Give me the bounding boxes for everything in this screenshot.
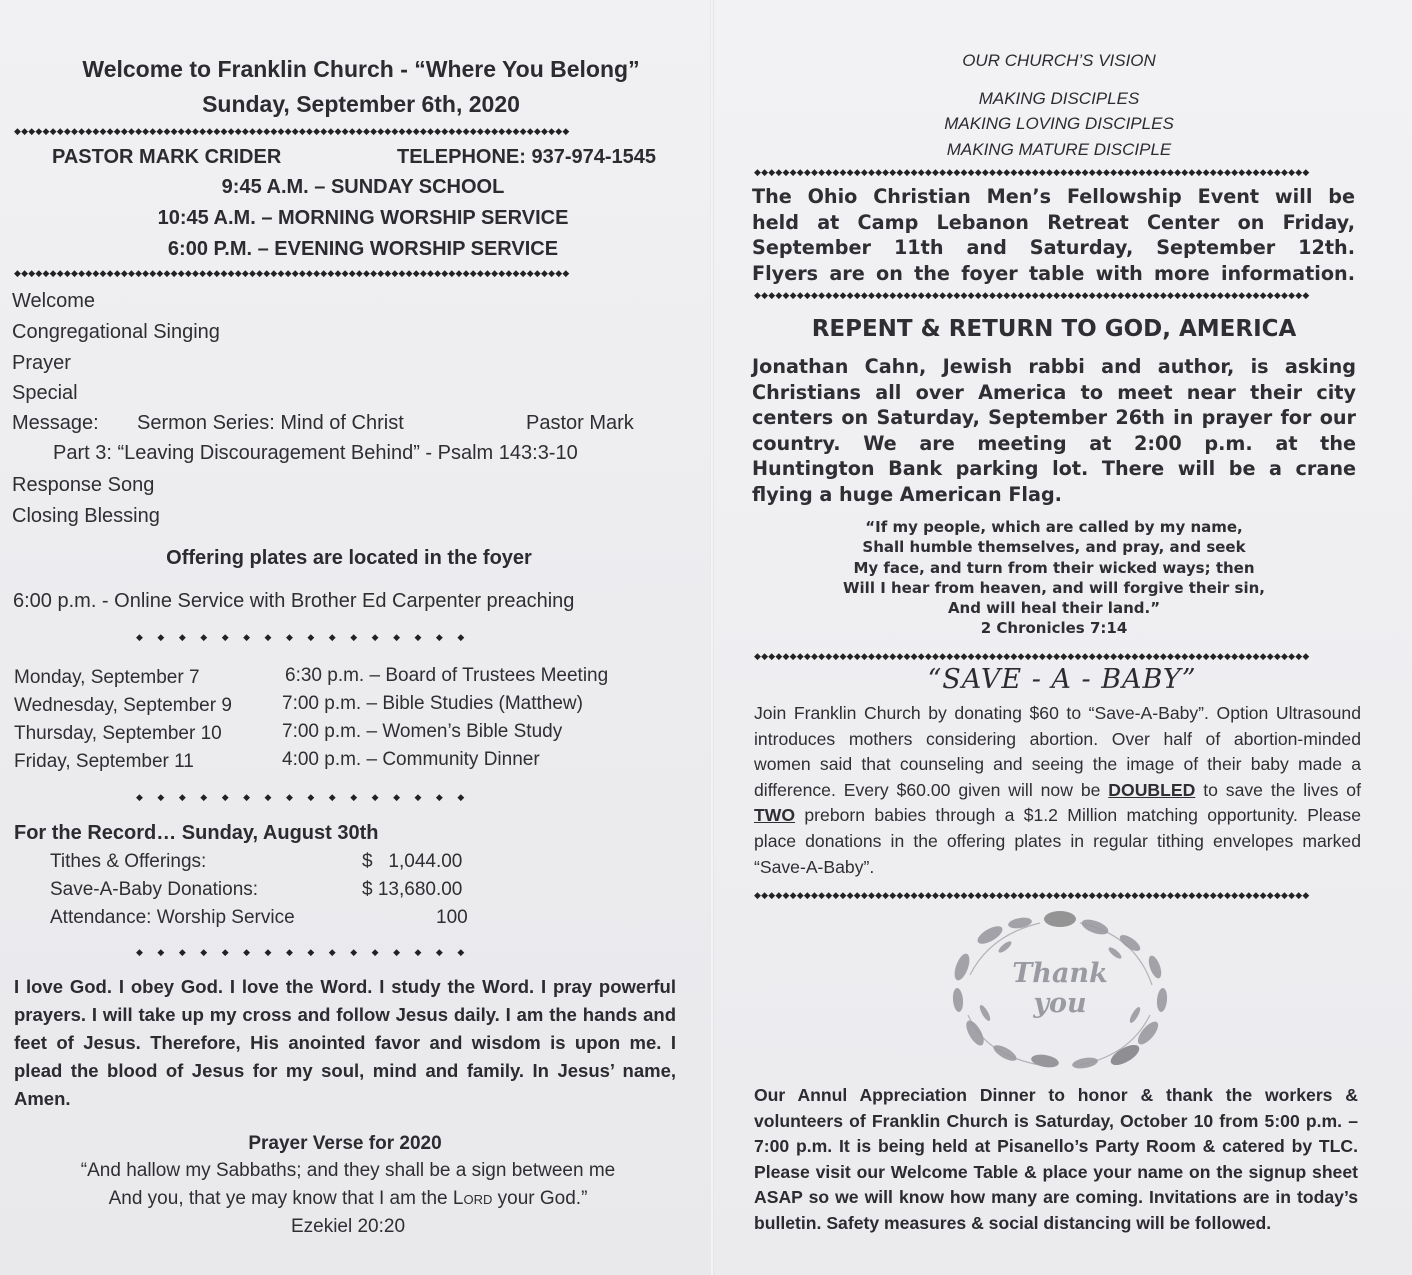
scripture-reference: 2 Chronicles 7:14 xyxy=(752,618,1356,638)
prayer-verse-reference: Ezekiel 20:20 xyxy=(0,1216,696,1238)
scripture-quote: “If my people, which are called by my na… xyxy=(752,517,1356,639)
vision-line: MAKING LOVING DISCIPLES xyxy=(712,114,1406,134)
thank-you-text: Thank you xyxy=(930,959,1190,1019)
vision-line: MAKING DISCIPLES xyxy=(712,89,1406,109)
prayer-verse-line: “And hallow my Sabbaths; and they shall … xyxy=(0,1160,696,1182)
declaration-of-faith: I love God. I obey God. I love the Word.… xyxy=(14,973,676,1113)
divider: ◆◆◆◆◆◆◆◆◆◆◆◆◆◆◆◆◆◆◆◆◆◆◆◆◆◆◆◆◆◆◆◆◆◆◆◆◆◆◆◆… xyxy=(14,126,676,136)
order-welcome: Welcome xyxy=(12,290,95,313)
schedule-event: 7:00 p.m. – Bible Studies (Matthew) xyxy=(282,693,583,715)
repent-announcement: Jonathan Cahn, Jewish rabbi and author, … xyxy=(752,354,1356,507)
record-label: Tithes & Offerings: xyxy=(50,851,206,873)
order-response: Response Song xyxy=(12,474,154,497)
order-singing: Congregational Singing xyxy=(12,321,220,344)
order-special: Special xyxy=(12,382,78,405)
scripture-line: And will heal their land.” xyxy=(752,598,1356,618)
record-label: Save-A-Baby Donations: xyxy=(50,879,258,901)
divider: ◆ ◆ ◆ ◆ ◆ ◆ ◆ ◆ ◆ ◆ ◆ ◆ ◆ ◆ ◆ ◆ xyxy=(136,630,596,644)
schedule-day: Wednesday, September 9 xyxy=(14,695,232,717)
divider: ◆◆◆◆◆◆◆◆◆◆◆◆◆◆◆◆◆◆◆◆◆◆◆◆◆◆◆◆◆◆◆◆◆◆◆◆◆◆◆◆… xyxy=(754,651,1350,661)
order-prayer: Prayer xyxy=(12,352,71,375)
divider: ◆ ◆ ◆ ◆ ◆ ◆ ◆ ◆ ◆ ◆ ◆ ◆ ◆ ◆ ◆ ◆ xyxy=(136,945,596,959)
online-service-note: 6:00 p.m. - Online Service with Brother … xyxy=(13,590,574,613)
prayer-verse-heading: Prayer Verse for 2020 xyxy=(0,1133,690,1155)
record-label: Attendance: Worship Service xyxy=(50,907,295,929)
schedule-day: Friday, September 11 xyxy=(14,751,194,773)
service-time-evening-worship: 6:00 P.M. – EVENING WORSHIP SERVICE xyxy=(0,238,726,261)
order-message-label: Message: xyxy=(12,412,99,435)
prayer-verse-line: And you, that ye may know that I am the … xyxy=(0,1188,696,1210)
scripture-line: “If my people, which are called by my na… xyxy=(752,517,1356,537)
schedule-event: 4:00 p.m. – Community Dinner xyxy=(282,749,540,771)
emphasis-doubled: DOUBLED xyxy=(1108,780,1195,800)
service-time-sunday-school: 9:45 A.M. – SUNDAY SCHOOL xyxy=(0,176,726,199)
appreciation-dinner-announcement: Our Annul Appreciation Dinner to honor &… xyxy=(754,1083,1358,1237)
announcement-line: held at Camp Lebanon Retreat Center on F… xyxy=(752,210,1355,236)
bulletin-date: Sunday, September 6th, 2020 xyxy=(0,91,722,118)
scripture-line: My face, and turn from their wicked ways… xyxy=(752,558,1356,578)
record-value: $ 13,680.00 xyxy=(362,879,462,901)
bulletin-title: Welcome to Franklin Church - “Where You … xyxy=(0,56,722,83)
order-closing: Closing Blessing xyxy=(12,505,160,528)
order-message-part: Part 3: “Leaving Discouragement Behind” … xyxy=(53,442,578,465)
vision-line: MAKING MATURE DISCIPLE xyxy=(712,140,1406,160)
divider: ◆◆◆◆◆◆◆◆◆◆◆◆◆◆◆◆◆◆◆◆◆◆◆◆◆◆◆◆◆◆◆◆◆◆◆◆◆◆◆◆… xyxy=(754,167,1358,177)
save-a-baby-body: Join Franklin Church by donating $60 to … xyxy=(754,701,1361,880)
announcement-line: Flyers are on the foyer table with more … xyxy=(752,261,1355,287)
divider: ◆ ◆ ◆ ◆ ◆ ◆ ◆ ◆ ◆ ◆ ◆ ◆ ◆ ◆ ◆ ◆ xyxy=(136,790,596,804)
thank-you-wreath-image: Thank you xyxy=(930,905,1190,1075)
scripture-line: Will I hear from heaven, and will forgiv… xyxy=(752,578,1356,598)
mens-fellowship-announcement: The Ohio Christian Men’s Fellowship Even… xyxy=(752,184,1355,286)
announcement-line: September 11th and Saturday, September 1… xyxy=(752,235,1355,261)
divider: ◆◆◆◆◆◆◆◆◆◆◆◆◆◆◆◆◆◆◆◆◆◆◆◆◆◆◆◆◆◆◆◆◆◆◆◆◆◆◆◆… xyxy=(14,268,676,278)
scripture-line: Shall humble themselves, and pray, and s… xyxy=(752,537,1356,557)
order-message-series: Sermon Series: Mind of Christ xyxy=(137,412,404,435)
repent-heading: REPENT & RETURN TO GOD, AMERICA xyxy=(712,316,1396,342)
pastor-name: PASTOR MARK CRIDER xyxy=(52,146,281,169)
church-telephone: TELEPHONE: 937-974-1545 xyxy=(397,146,656,169)
schedule-event: 7:00 p.m. – Women’s Bible Study xyxy=(282,721,562,743)
record-value: 100 xyxy=(436,907,468,929)
emphasis-two: TWO xyxy=(754,805,795,825)
record-heading: For the Record… Sunday, August 30th xyxy=(14,822,378,845)
save-a-baby-title: “SAVE - A - BABY” xyxy=(712,664,1412,695)
divider: ◆◆◆◆◆◆◆◆◆◆◆◆◆◆◆◆◆◆◆◆◆◆◆◆◆◆◆◆◆◆◆◆◆◆◆◆◆◆◆◆… xyxy=(754,890,1350,900)
order-message-speaker: Pastor Mark xyxy=(526,412,634,435)
record-value: $ 1,044.00 xyxy=(362,851,462,873)
schedule-day: Monday, September 7 xyxy=(14,667,200,689)
schedule-event: 6:30 p.m. – Board of Trustees Meeting xyxy=(285,665,608,687)
schedule-day: Thursday, September 10 xyxy=(14,723,222,745)
vision-heading: OUR CHURCH’S VISION xyxy=(712,51,1406,71)
announcement-line: The Ohio Christian Men’s Fellowship Even… xyxy=(752,184,1355,210)
divider: ◆◆◆◆◆◆◆◆◆◆◆◆◆◆◆◆◆◆◆◆◆◆◆◆◆◆◆◆◆◆◆◆◆◆◆◆◆◆◆◆… xyxy=(754,290,1358,300)
offering-note: Offering plates are located in the foyer xyxy=(0,547,698,570)
service-time-morning-worship: 10:45 A.M. – MORNING WORSHIP SERVICE xyxy=(0,207,726,230)
